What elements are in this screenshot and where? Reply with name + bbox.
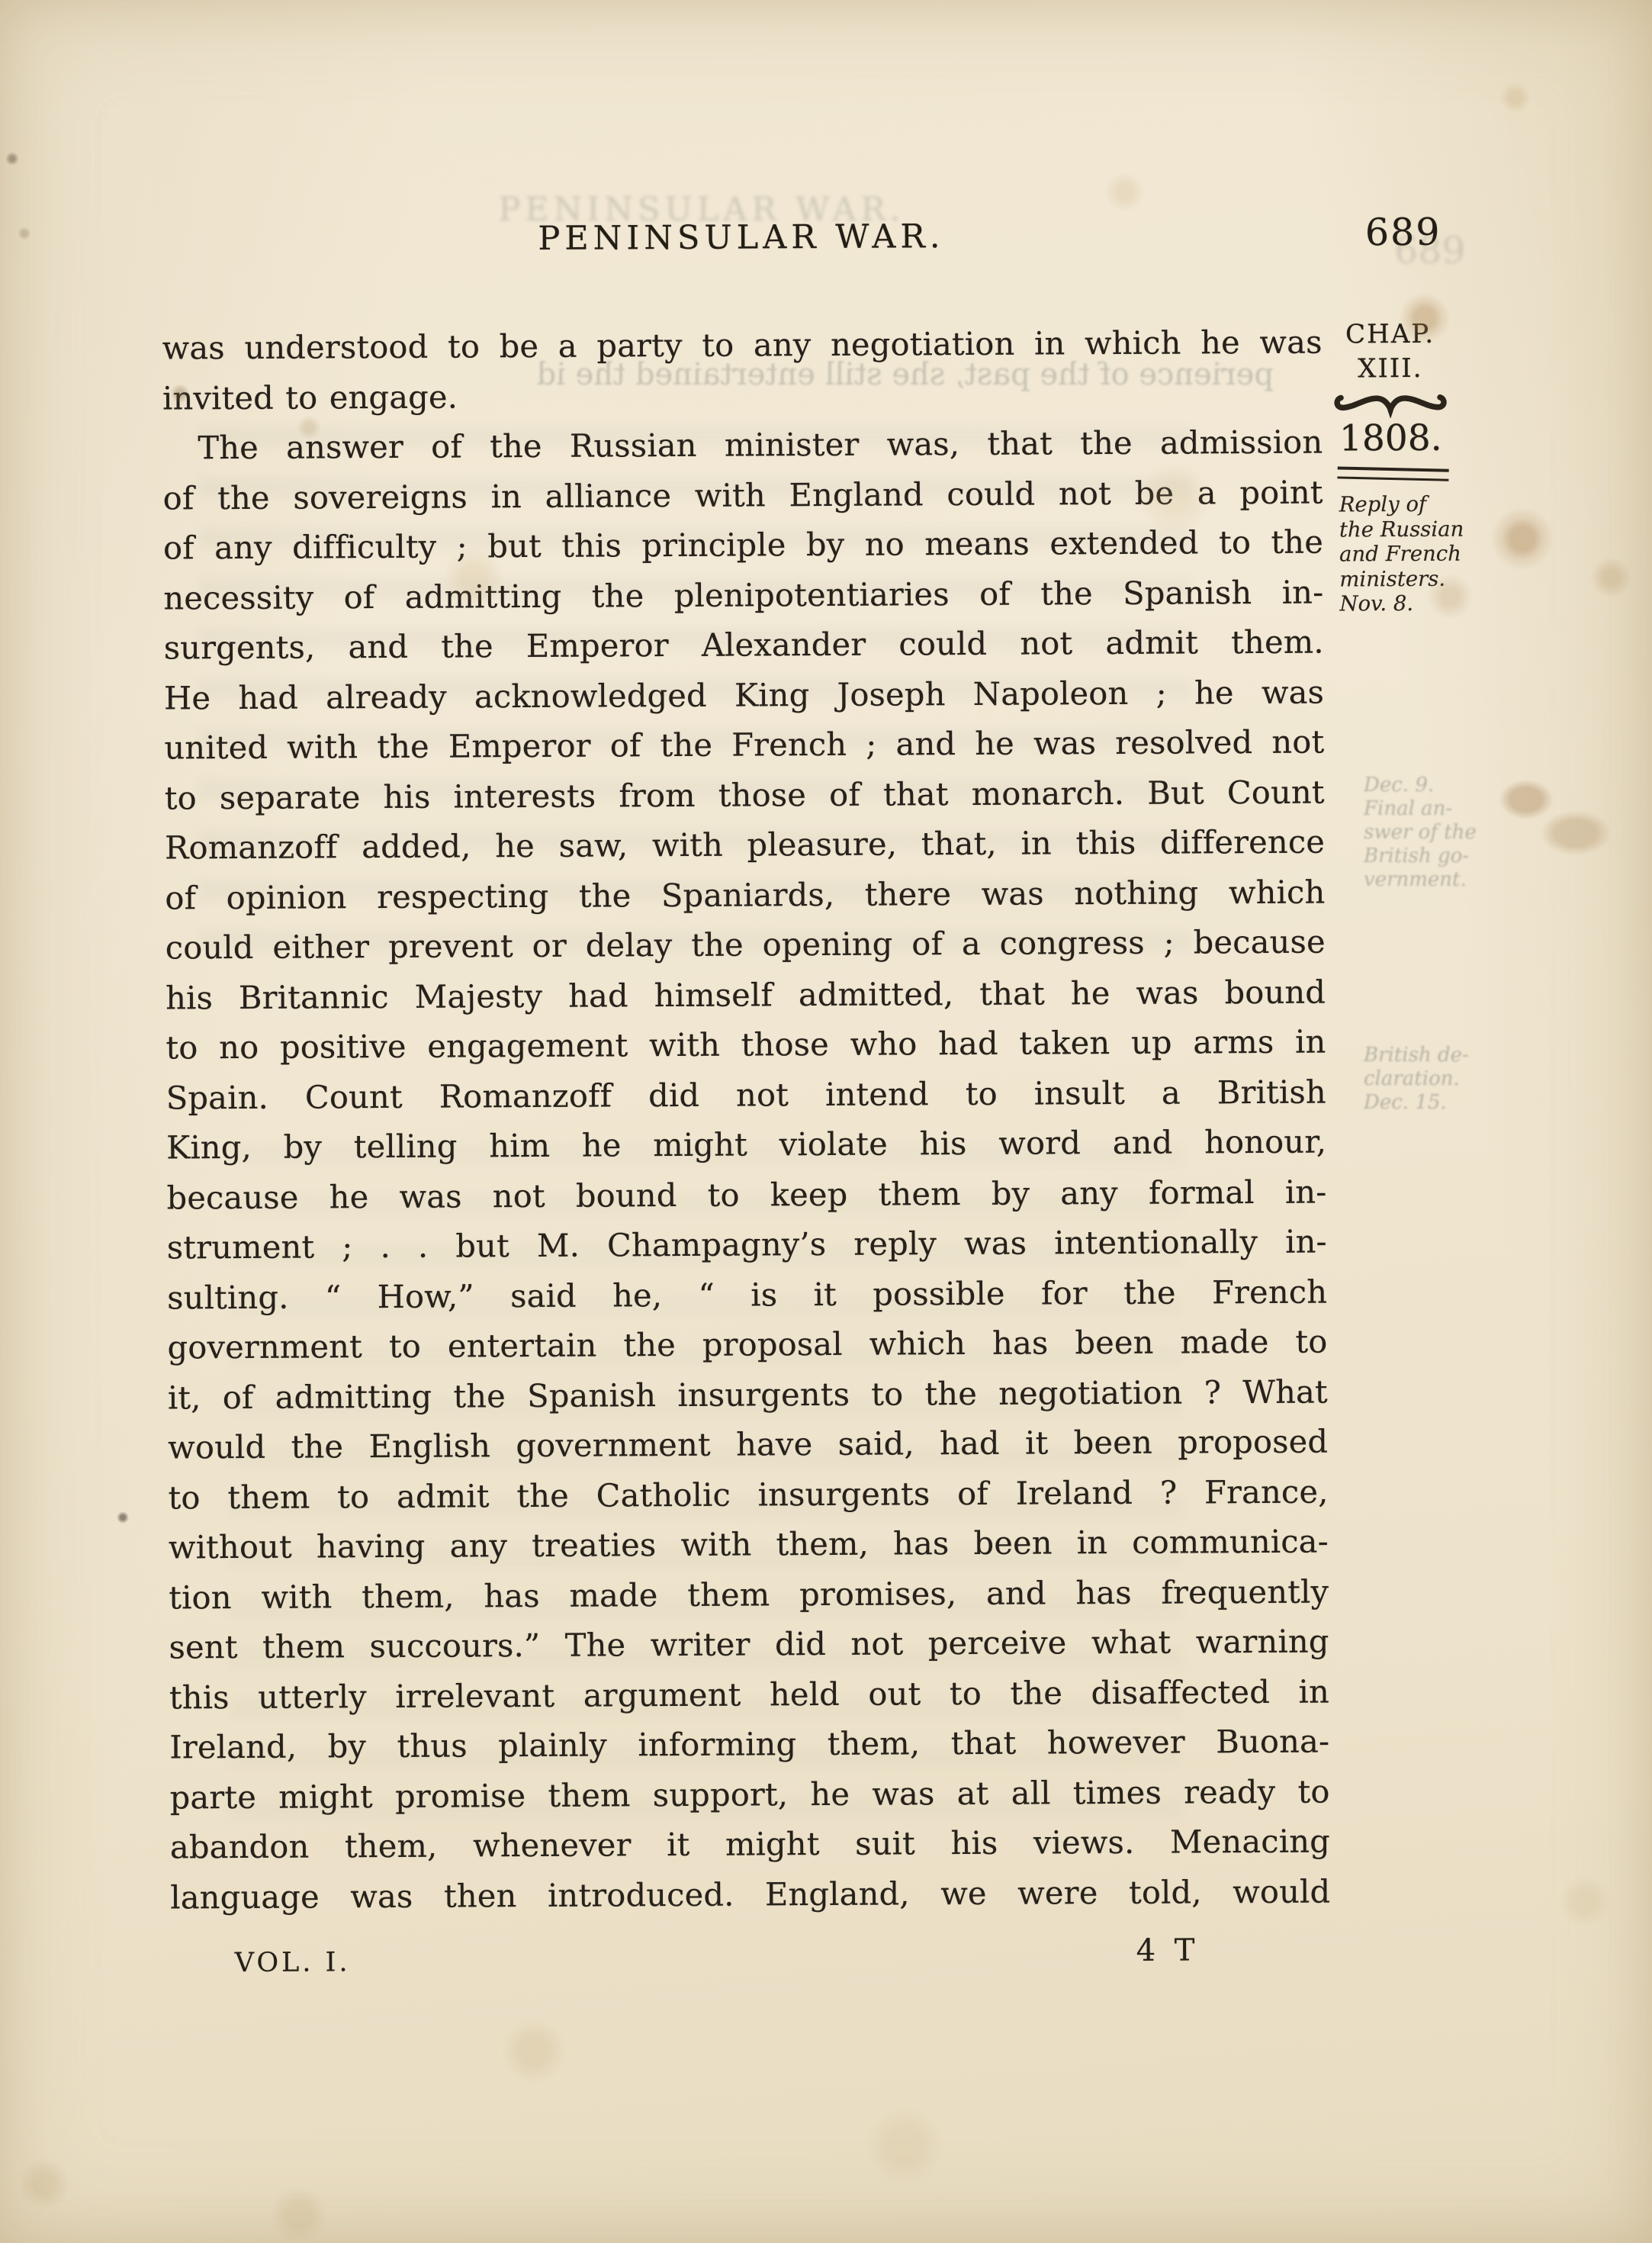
margin-chapter-heading: CHAP.XIII. — [1332, 317, 1448, 387]
body-text-line: could either prevent or delay the openin… — [166, 917, 1326, 973]
body-text-line: sent them succours.” The writer did not … — [169, 1617, 1329, 1672]
body-text-line: to no positive engagement with those who… — [166, 1017, 1326, 1073]
body-text-line: was understood to be a party to any nego… — [162, 317, 1323, 373]
body-text-line: of the sovereigns in alliance with Engla… — [163, 467, 1323, 523]
body-text-line: to separate his interests from those of … — [165, 767, 1325, 822]
body-text-line: would the English government have said, … — [168, 1417, 1328, 1472]
page-content: PENINSULAR WAR. 689 was understood to be… — [0, 0, 1652, 2243]
body-text-line: Spain. Count Romanzoff did not intend to… — [166, 1067, 1326, 1122]
page-number: 689 — [1365, 211, 1441, 255]
body-text-line: strument ; . . but M. Champagny’s reply … — [167, 1217, 1327, 1273]
body-text-line: his Britannic Majesty had himself admitt… — [166, 967, 1326, 1022]
body-text-line: Ireland, by thus plainly informing them,… — [169, 1717, 1329, 1772]
body-text-column: was understood to be a party to any nego… — [162, 317, 1331, 1923]
body-text-line: language was then introduced. England, w… — [170, 1866, 1330, 1922]
body-text-line: Romanzoff added, he saw, with pleasure, … — [165, 817, 1325, 873]
margin-double-rule — [1337, 466, 1448, 481]
body-text-line: sulting. “ How,” said he, “ is it possib… — [167, 1266, 1327, 1322]
book-page-scan: PENINSULAR WAR. 689 perience of the past… — [0, 0, 1652, 2243]
body-text-line: surgents, and the Emperor Alexander coul… — [164, 617, 1324, 673]
body-text-line: of opinion respecting the Spaniards, the… — [165, 867, 1325, 922]
sidenote-line: and French — [1339, 541, 1522, 567]
body-text-line: without having any treaties with them, h… — [169, 1517, 1329, 1572]
body-text-line: King, by telling him he might violate hi… — [166, 1117, 1326, 1173]
footer-volume-label: VOL. I. — [235, 1947, 351, 1978]
sidenote-line: Reply of — [1339, 491, 1522, 517]
body-text-line: government to entertain the proposal whi… — [167, 1317, 1327, 1373]
body-text-line: because he was not bound to keep them by… — [166, 1167, 1326, 1222]
sidenote-line: the Russian — [1339, 517, 1522, 542]
body-text-line: of any difficulty ; but this principle b… — [163, 517, 1323, 573]
body-text-line: this utterly irrelevant argument held ou… — [169, 1666, 1329, 1722]
body-text-line: to them to admit the Catholic insurgents… — [168, 1466, 1328, 1522]
footer-signature-mark: 4 T — [1136, 1932, 1200, 1968]
body-text-line: invited to engage. — [162, 367, 1323, 423]
sidenote-line: ministers. — [1339, 566, 1522, 592]
body-text-line: tion with them, has made them promises, … — [169, 1566, 1329, 1622]
chapter-heading-line: CHAP. — [1332, 317, 1448, 352]
margin-sidenote: Reply ofthe Russianand Frenchministers.N… — [1339, 491, 1523, 616]
running-head: PENINSULAR WAR. — [162, 216, 1321, 260]
body-text-line: abandon them, whenever it might suit his… — [170, 1817, 1330, 1872]
margin-year: 1808. — [1332, 417, 1448, 460]
chapter-heading-line: XIII. — [1332, 352, 1448, 387]
body-text-line: united with the Emperor of the French ; … — [164, 717, 1324, 773]
body-text-line: He had already acknowledged King Joseph … — [164, 667, 1324, 722]
body-text-line: necessity of admitting the plenipotentia… — [163, 567, 1323, 623]
body-text-line: it, of admitting the Spanish insurgents … — [168, 1366, 1328, 1422]
body-text-line: parte might promise them support, he was… — [169, 1766, 1329, 1822]
sidenote-line: Nov. 8. — [1339, 591, 1522, 616]
body-text-line: The answer of the Russian minister was, … — [162, 417, 1323, 473]
